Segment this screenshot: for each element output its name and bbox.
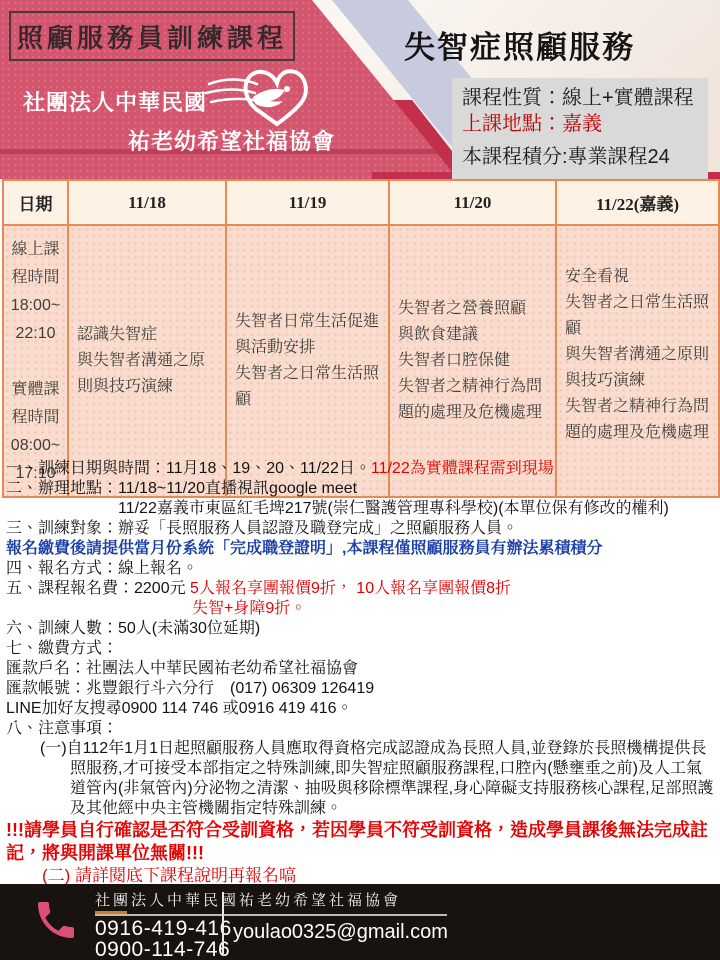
- note-5: 五、課程報名費：2200元 5人報名享團報價9折， 10人報名享團報價8折: [6, 579, 716, 599]
- note-1-red-text: 11/22為實體課程需到現場: [371, 460, 554, 477]
- note-1: 一、訓練日期與時間：11月18、19、20、11/22日。11/22為實體課程需…: [6, 459, 716, 479]
- note-5-red-text: 5人報名享團報價9折， 10人報名享團報價8折: [190, 580, 511, 597]
- cell-topics-1120: 失智者之營養照顧 與飲食建議 失智者口腔保健 失智者之精神行為問題的處理及危機處…: [389, 225, 556, 497]
- header-cell-1119: 11/19: [226, 180, 389, 225]
- cell-topics-1118: 認識失智症 與失智者溝通之原則與技巧演練: [68, 225, 226, 497]
- note-7-account-name: 匯款戶名：社團法人中華民國祐老幼希望社福協會: [6, 659, 716, 679]
- note-4: 四、報名方式：線上報名。: [6, 559, 716, 579]
- header-cell-1118: 11/18: [68, 180, 226, 225]
- payment-notice: 報名繳費後請提供當月份系統「完成職登證明」,本課程僅照顧服務員有辦法累積積分: [6, 539, 716, 559]
- heart-dove-logo: [203, 64, 315, 132]
- schedule-body-row: 線上課程時間 18:00~ 22:10 實體課程時間 08:00~ 17:10 …: [3, 225, 719, 497]
- header-cell-date-label: 日期: [3, 180, 68, 225]
- schedule-table: 日期 11/18 11/19 11/20 11/22(嘉義) 線上課程時間 18…: [2, 179, 720, 498]
- note-7-account-number: 匯款帳號：兆豐銀行斗六分行 (017) 06309 126419: [6, 679, 716, 699]
- program-title: 照顧服務員訓練課程: [9, 11, 295, 61]
- course-notes: 一、訓練日期與時間：11月18、19、20、11/22日。11/22為實體課程需…: [6, 459, 716, 886]
- note-5-text: 五、課程報名費：2200元: [6, 580, 190, 597]
- note-6: 六、訓練人數：50人(未滿30位延期): [6, 619, 716, 639]
- note-7: 七、繳費方式：: [6, 639, 716, 659]
- phone-icon: [32, 896, 80, 944]
- course-credits: 本課程積分:專業課程24: [462, 144, 698, 170]
- email-address: youlao0325@gmail.com: [233, 921, 448, 944]
- cell-course-times: 線上課程時間 18:00~ 22:10 實體課程時間 08:00~ 17:10: [3, 225, 68, 497]
- course-type: 課程性質：線上+實體課程: [462, 85, 698, 111]
- course-poster: 照顧服務員訓練課程 社團法人中華民國 祐老幼希望社福協會 失智症照顧服務 課程性…: [0, 0, 720, 960]
- note-5-discount: 失智+身障9折。: [6, 599, 716, 619]
- note-3: 三、訓練對象：辦妥「長照服務人員認證及職登完成」之照顧服務人員。: [6, 519, 716, 539]
- main-title: 失智症照顧服務: [404, 22, 635, 67]
- note-7-line-contact: LINE加好友搜尋0900 114 746 或0916 419 416。: [6, 699, 716, 719]
- schedule-header-row: 日期 11/18 11/19 11/20 11/22(嘉義): [3, 180, 719, 225]
- footer-org-name: 社團法人中華民國祐老幼希望社福協會: [95, 889, 401, 910]
- note-8: 八、注意事項：: [6, 719, 716, 739]
- note-8-item2: (二) 請詳閱底下課程說明再報名嗃: [6, 866, 716, 886]
- cell-topics-1119: 失智者日常生活促進 與活動安排 失智者之日常生活照顧: [226, 225, 389, 497]
- footer-vertical-divider: [222, 892, 224, 954]
- course-location: 上課地點：嘉義: [462, 111, 698, 137]
- note-2-venue: 11/22嘉義市東區紅毛埤217號(崇仁醫護管理專科學校)(本單位保有修改的權利…: [6, 499, 716, 519]
- note-8-item1: (一)自112年1月1日起照顧服務人員應取得資格完成認證成為長照人員,並登錄於長…: [6, 739, 716, 819]
- footer-contact-bar: 社團法人中華民國祐老幼希望社福協會 0916-419-416 0900-114-…: [0, 884, 720, 960]
- note-1-text: 一、訓練日期與時間：11月18、19、20、11/22日。: [6, 460, 371, 477]
- qualification-warning: !!!請學員自行確認是否符合受訓資格，若因學員不符受訓資格，造成學員課後無法完成…: [6, 819, 716, 865]
- footer-divider-line: [95, 914, 447, 916]
- header-cell-1120: 11/20: [389, 180, 556, 225]
- course-info-box: 課程性質：線上+實體課程 上課地點：嘉義 本課程積分:專業課程24: [452, 78, 708, 179]
- header-banner: 照顧服務員訓練課程 社團法人中華民國 祐老幼希望社福協會 失智症照顧服務 課程性…: [0, 0, 720, 179]
- phone-number-2: 0900-114-746: [95, 938, 230, 960]
- cell-topics-1122: 安全看視 失智者之日常生活照顧 與失智者溝通之原則 與技巧演練 失智者之精神行為…: [556, 225, 719, 497]
- note-2: 二、辦理地點：11/18~11/20直播視訊google meet: [6, 479, 716, 499]
- header-cell-1122: 11/22(嘉義): [556, 180, 719, 225]
- org-name-line1: 社團法人中華民國: [23, 86, 207, 117]
